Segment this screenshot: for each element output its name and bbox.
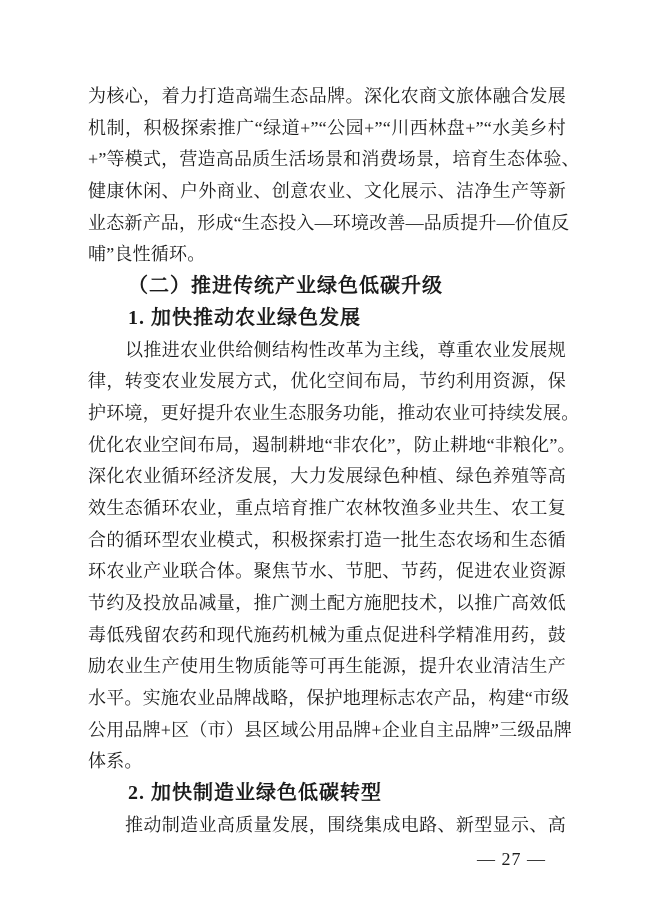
paragraph-line: 优化农业空间布局，遏制耕地“非农化”，防止耕地“非粮化”。: [88, 430, 566, 462]
paragraph-line: 公用品牌+区（市）县区域公用品牌+企业自主品牌”三级品牌: [88, 715, 566, 747]
paragraph-line: 励农业生产使用生物质能等可再生能源，提升农业清洁生产: [88, 651, 566, 683]
paragraph-line: 哺”良性循环。: [88, 239, 566, 271]
page-footer: — 27 —: [88, 845, 546, 873]
document-page: 为核心，着力打造高端生态品牌。深化农商文旅体融合发展 机制，积极探索推广“绿道+…: [0, 0, 650, 919]
paragraph-line: 深化农业循环经济发展，大力发展绿色种植、绿色养殖等高: [88, 461, 566, 493]
paragraph-line: 毒低残留农药和现代施药机械为重点促进科学精准用药，鼓: [88, 620, 566, 652]
paragraph-line: 推动制造业高质量发展，围绕集成电路、新型显示、高: [88, 810, 566, 842]
paragraph-line: 水平。实施农业品牌战略，保护地理标志农产品，构建“市级: [88, 683, 566, 715]
subsection-heading: 1. 加快推动农业绿色发展: [88, 303, 566, 335]
paragraph-line: 业态新产品，形成“生态投入—环境改善—品质提升—价值反: [88, 208, 566, 240]
paragraph-line: 律，转变农业发展方式，优化空间布局，节约利用资源，保: [88, 366, 566, 398]
paragraph-line: 节约及投放品减量，推广测土配方施肥技术，以推广高效低: [88, 588, 566, 620]
paragraph-line: 健康休闲、户外商业、创意农业、文化展示、洁净生产等新: [88, 176, 566, 208]
paragraph-line: 合的循环型农业模式，积极探索打造一批生态农场和生态循: [88, 525, 566, 557]
text-block: 为核心，着力打造高端生态品牌。深化农商文旅体融合发展 机制，积极探索推广“绿道+…: [88, 81, 566, 842]
subsection-heading: 2. 加快制造业绿色低碳转型: [88, 778, 566, 810]
paragraph-line: +”等模式，营造高品质生活场景和消费场景，培育生态体验、: [88, 144, 566, 176]
page-number: — 27 —: [477, 849, 546, 869]
paragraph-line: 体系。: [88, 746, 566, 778]
paragraph-line: 护环境，更好提升农业生态服务功能，推动农业可持续发展。: [88, 398, 566, 430]
paragraph-line: 机制，积极探索推广“绿道+”“公园+”“川西林盘+”“水美乡村: [88, 113, 566, 145]
section-heading: （二）推进传统产业绿色低碳升级: [88, 271, 566, 303]
paragraph-line: 为核心，着力打造高端生态品牌。深化农商文旅体融合发展: [88, 81, 566, 113]
paragraph-line: 以推进农业供给侧结构性改革为主线，尊重农业发展规: [88, 335, 566, 367]
paragraph-line: 环农业产业联合体。聚焦节水、节肥、节药，促进农业资源: [88, 556, 566, 588]
paragraph-line: 效生态循环农业，重点培育推广农林牧渔多业共生、农工复: [88, 493, 566, 525]
